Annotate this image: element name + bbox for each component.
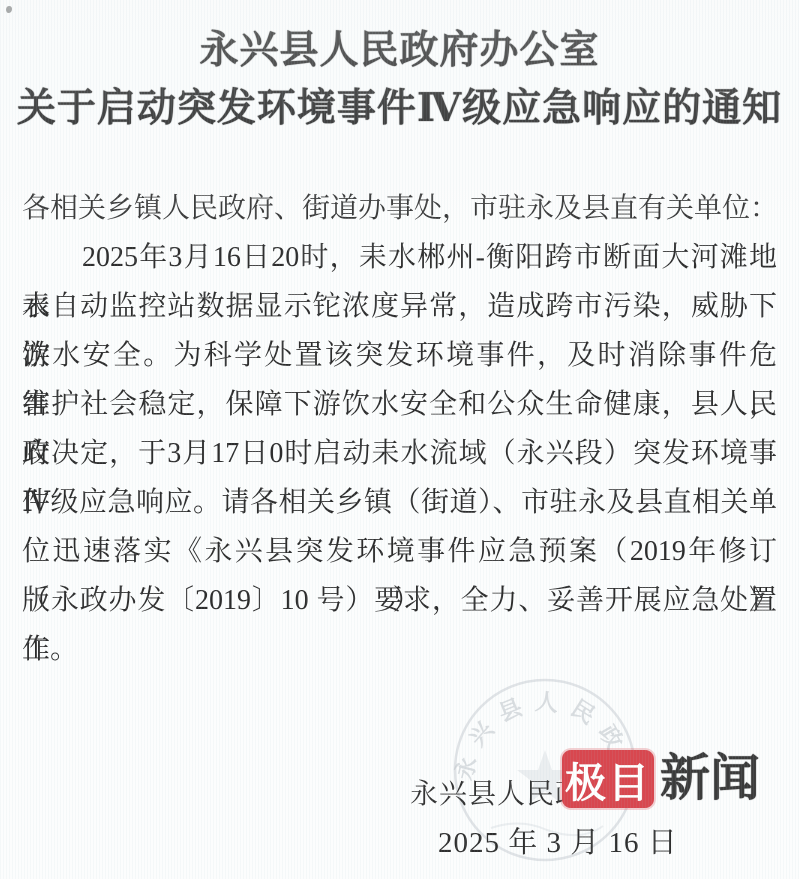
body-line: 水自动监控站数据显示铊浓度异常，造成跨市污染，威胁下游 <box>22 282 777 331</box>
document-body: 各相关乡镇人民政府、街道办事处，市驻永及县直有关单位： 2025年3月16日20… <box>22 184 777 674</box>
title-line-subject: 关于启动突发环境事件Ⅳ级应急响应的通知 <box>0 80 799 138</box>
body-line: 2025年3月16日20时，耒水郴州-衡阳跨市断面大河滩地表 <box>22 233 777 282</box>
jimu-news-badge-text: 极目 <box>565 750 651 809</box>
scanned-notice-page: 永兴县人民政府办公室 关于启动突发环境事件Ⅳ级应急响应的通知 各相关乡镇人民政府… <box>0 0 799 879</box>
body-line: Ⅳ级应急响应。请各相关乡镇（街道）、市驻永及县直相关单 <box>22 478 777 527</box>
signature-date: 2025 年 3 月 16 日 <box>438 820 678 861</box>
scan-artifact-speck <box>6 6 12 13</box>
body-line: 府决定，于3月17日0时启动耒水流域（永兴段）突发环境事件 <box>22 429 777 478</box>
document-title: 永兴县人民政府办公室 关于启动突发环境事件Ⅳ级应急响应的通知 <box>0 22 799 138</box>
body-line: 位迅速落实《永兴县突发环境事件应急预案（2019年修订版）》 <box>22 527 777 576</box>
body-line: 维护社会稳定，保障下游饮水安全和公众生命健康，县人民政 <box>22 380 777 429</box>
jimu-news-logo-suffix: 新闻 <box>660 748 760 808</box>
body-line-last: 作。 <box>22 625 777 674</box>
salutation-line: 各相关乡镇人民政府、街道办事处，市驻永及县直有关单位： <box>22 184 777 233</box>
signature-issuer: 永兴县人民政 <box>410 772 584 812</box>
jimu-news-logo-badge: 极目 <box>562 750 654 808</box>
title-line-issuer: 永兴县人民政府办公室 <box>0 22 799 80</box>
body-line: （永政办发〔2019〕10 号）要求，全力、妥善开展应急处置工 <box>22 576 777 625</box>
body-line: 饮水安全。为科学处置该突发环境事件，及时消除事件危害， <box>22 331 777 380</box>
